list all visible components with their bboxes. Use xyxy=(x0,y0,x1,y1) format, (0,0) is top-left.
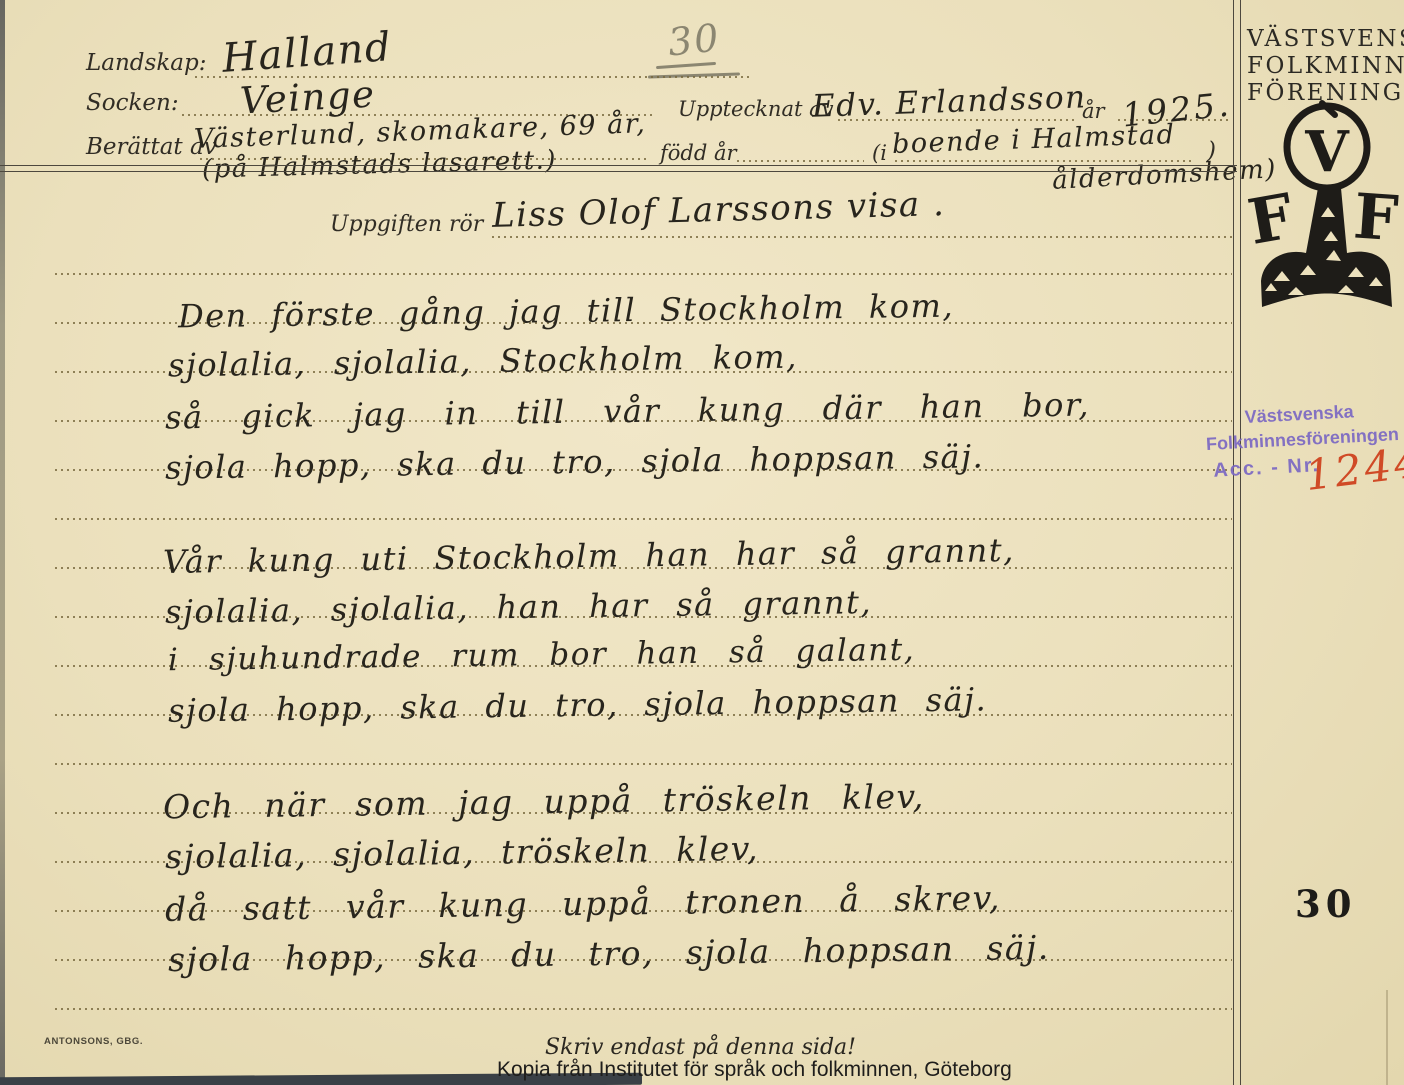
logo-letter-v: V xyxy=(1304,119,1350,185)
song-line: sjola hopp, ska du tro, sjola hoppsan sä… xyxy=(168,928,1050,979)
song-line: sjolalia, sjolalia, han har så grannt, xyxy=(165,583,872,631)
upptecknat-av-entry: Edv. Erlandsson xyxy=(811,79,1087,125)
song-line: Vår kung uti Stockholm han har så grannt… xyxy=(163,531,1015,581)
vff-thors-hammer-logo-icon: V F F xyxy=(1238,95,1404,335)
ruled-line xyxy=(55,1008,1232,1010)
ruled-line xyxy=(55,518,1232,520)
song-line: så gick jag in till vår kung där han bor… xyxy=(165,386,1090,437)
song-line: sjolalia, sjolalia, tröskeln klev, xyxy=(165,829,760,876)
residence-entry: boende i Halmstad xyxy=(892,119,1176,160)
org-name-line: VÄSTSVENSKA xyxy=(1247,26,1404,52)
song-line: då satt vår kung uppå tronen å skrev, xyxy=(165,878,1001,929)
logo-letter-f-left: F xyxy=(1243,179,1299,259)
logo-letter-f-right: F xyxy=(1351,179,1400,255)
ruled-line xyxy=(55,763,1232,765)
printer-mark: ANTONSONS, GBG. xyxy=(44,1036,143,1047)
song-line: sjola hopp, ska du tro, sjola hoppsan sä… xyxy=(165,437,985,486)
fodd-ar-label: född år xyxy=(660,141,737,165)
ruled-line xyxy=(55,273,1232,275)
song-line: i sjuhundrade rum bor han så galant, xyxy=(168,632,916,678)
uppgiften-ror-label: Uppgiften rör xyxy=(330,212,483,237)
socken-entry: Veinge xyxy=(239,72,377,122)
song-line: sjolalia, sjolalia, Stockholm kom, xyxy=(168,338,798,385)
document-page: 30 Landskap: Socken: Berättat av Uppteck… xyxy=(0,0,1404,1085)
scan-left-edge xyxy=(0,0,5,1085)
write-only-instruction: Skriv endast på denna sida! xyxy=(545,1035,856,1060)
song-line: Och när som jag uppå tröskeln klev, xyxy=(163,777,925,827)
dotted-line xyxy=(737,160,864,162)
residence-paren-open: (i xyxy=(872,141,887,165)
page-number-stamp: 30 xyxy=(1295,882,1357,926)
pencil-page-number: 30 xyxy=(666,15,723,64)
uppgiften-ror-entry: Liss Olof Larssons visa . xyxy=(492,184,946,236)
upptecknat-av-label: Upptecknat av xyxy=(678,97,833,121)
double-rule-horizontal xyxy=(0,165,1237,172)
paper-crease xyxy=(1386,990,1388,1085)
socken-label: Socken: xyxy=(86,90,179,116)
landskap-label: Landskap: xyxy=(86,50,206,76)
archive-caption: Kopia från Institutet för språk och folk… xyxy=(497,1058,1012,1082)
song-line: sjola hopp, ska du tro, sjola hoppsan sä… xyxy=(168,680,988,729)
dotted-line xyxy=(492,236,1232,238)
org-name-line: FOLKMINNES- xyxy=(1247,53,1404,79)
song-line: Den förste gång jag till Stockholm kom, xyxy=(178,287,955,336)
stamp-org-line-1: Västsvenska xyxy=(1244,399,1404,428)
